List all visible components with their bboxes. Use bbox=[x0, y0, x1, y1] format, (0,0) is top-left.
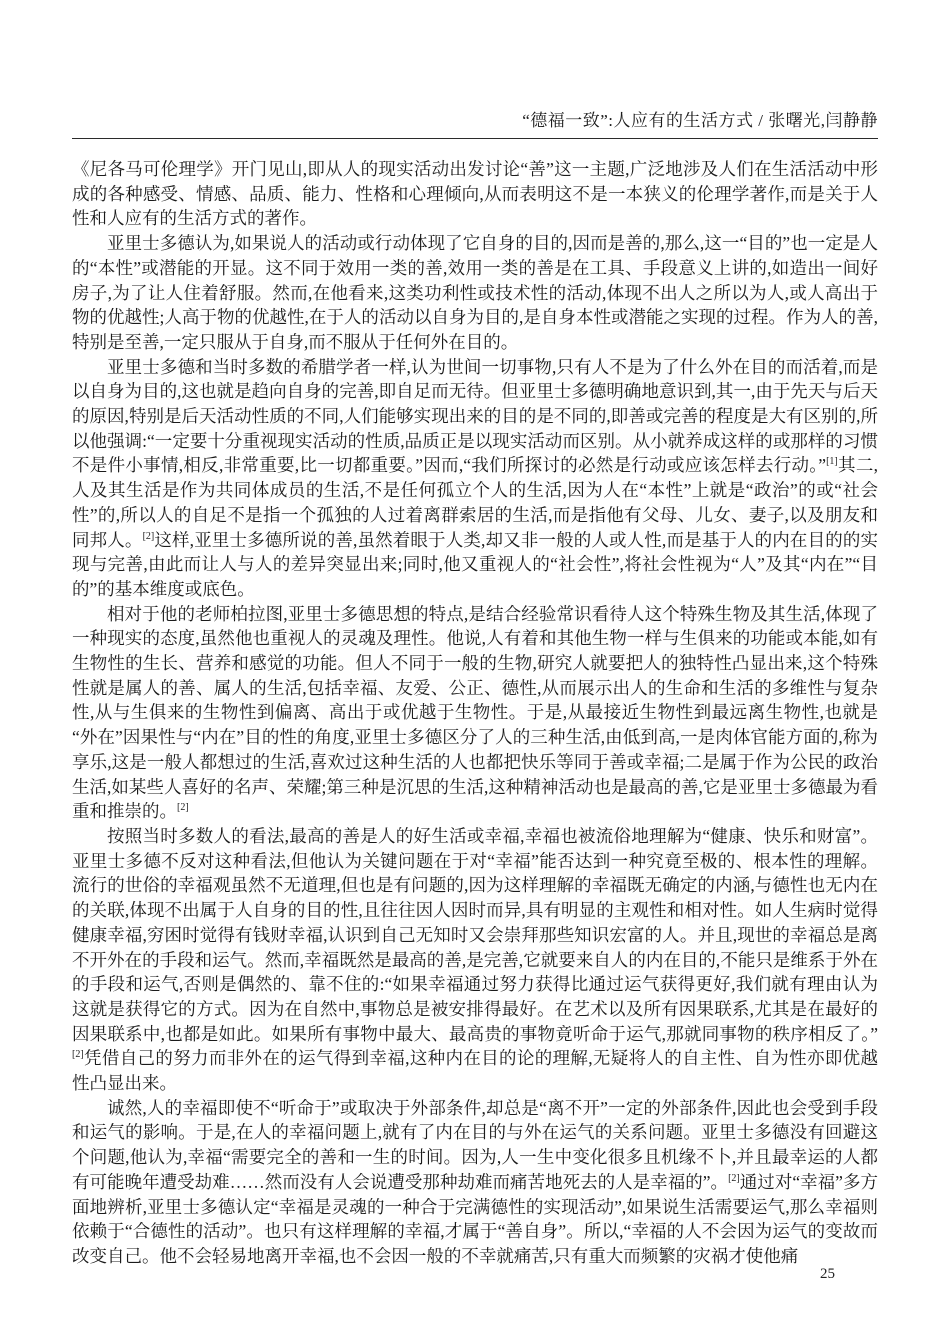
footnote-ref: [2] bbox=[728, 1173, 740, 1184]
footnote-ref: [2] bbox=[143, 531, 155, 542]
running-header: “德福一致”:人应有的生活方式 / 张曙光,闫静静 bbox=[72, 106, 878, 131]
paragraph: 《尼各马可伦理学》开门见山,即从人的现实活动出发讨论“善”这一主题,广泛地涉及人… bbox=[72, 157, 878, 231]
footnote-ref: [1] bbox=[826, 457, 838, 468]
article-body: 《尼各马可伦理学》开门见山,即从人的现实活动出发讨论“善”这一主题,广泛地涉及人… bbox=[72, 157, 878, 1269]
page-number: 25 bbox=[820, 1266, 835, 1283]
paragraph: 按照当时多数人的看法,最高的善是人的好生活或幸福,幸福也被流俗地理解为“健康、快… bbox=[72, 824, 878, 1096]
paragraph: 诚然,人的幸福即使不“听命于”或取决于外部条件,却总是“离不开”一定的外部条件,… bbox=[72, 1096, 878, 1269]
header-divider bbox=[72, 138, 878, 139]
document-page: “德福一致”:人应有的生活方式 / 张曙光,闫静静 《尼各马可伦理学》开门见山,… bbox=[0, 0, 950, 1344]
footnote-ref: [2] bbox=[177, 802, 189, 813]
paragraph: 亚里士多德认为,如果说人的活动或行动体现了它自身的目的,因而是善的,那么,这一“… bbox=[72, 231, 878, 355]
footnote-ref: [2] bbox=[72, 1049, 84, 1060]
paragraph: 相对于他的老师柏拉图,亚里士多德思想的特点,是结合经验常识看待人这个特殊生物及其… bbox=[72, 602, 878, 824]
paragraph: 亚里士多德和当时多数的希腊学者一样,认为世间一切事物,只有人不是为了什么外在目的… bbox=[72, 355, 878, 602]
running-header-title: “德福一致”:人应有的生活方式 / 张曙光,闫静静 bbox=[522, 111, 878, 130]
